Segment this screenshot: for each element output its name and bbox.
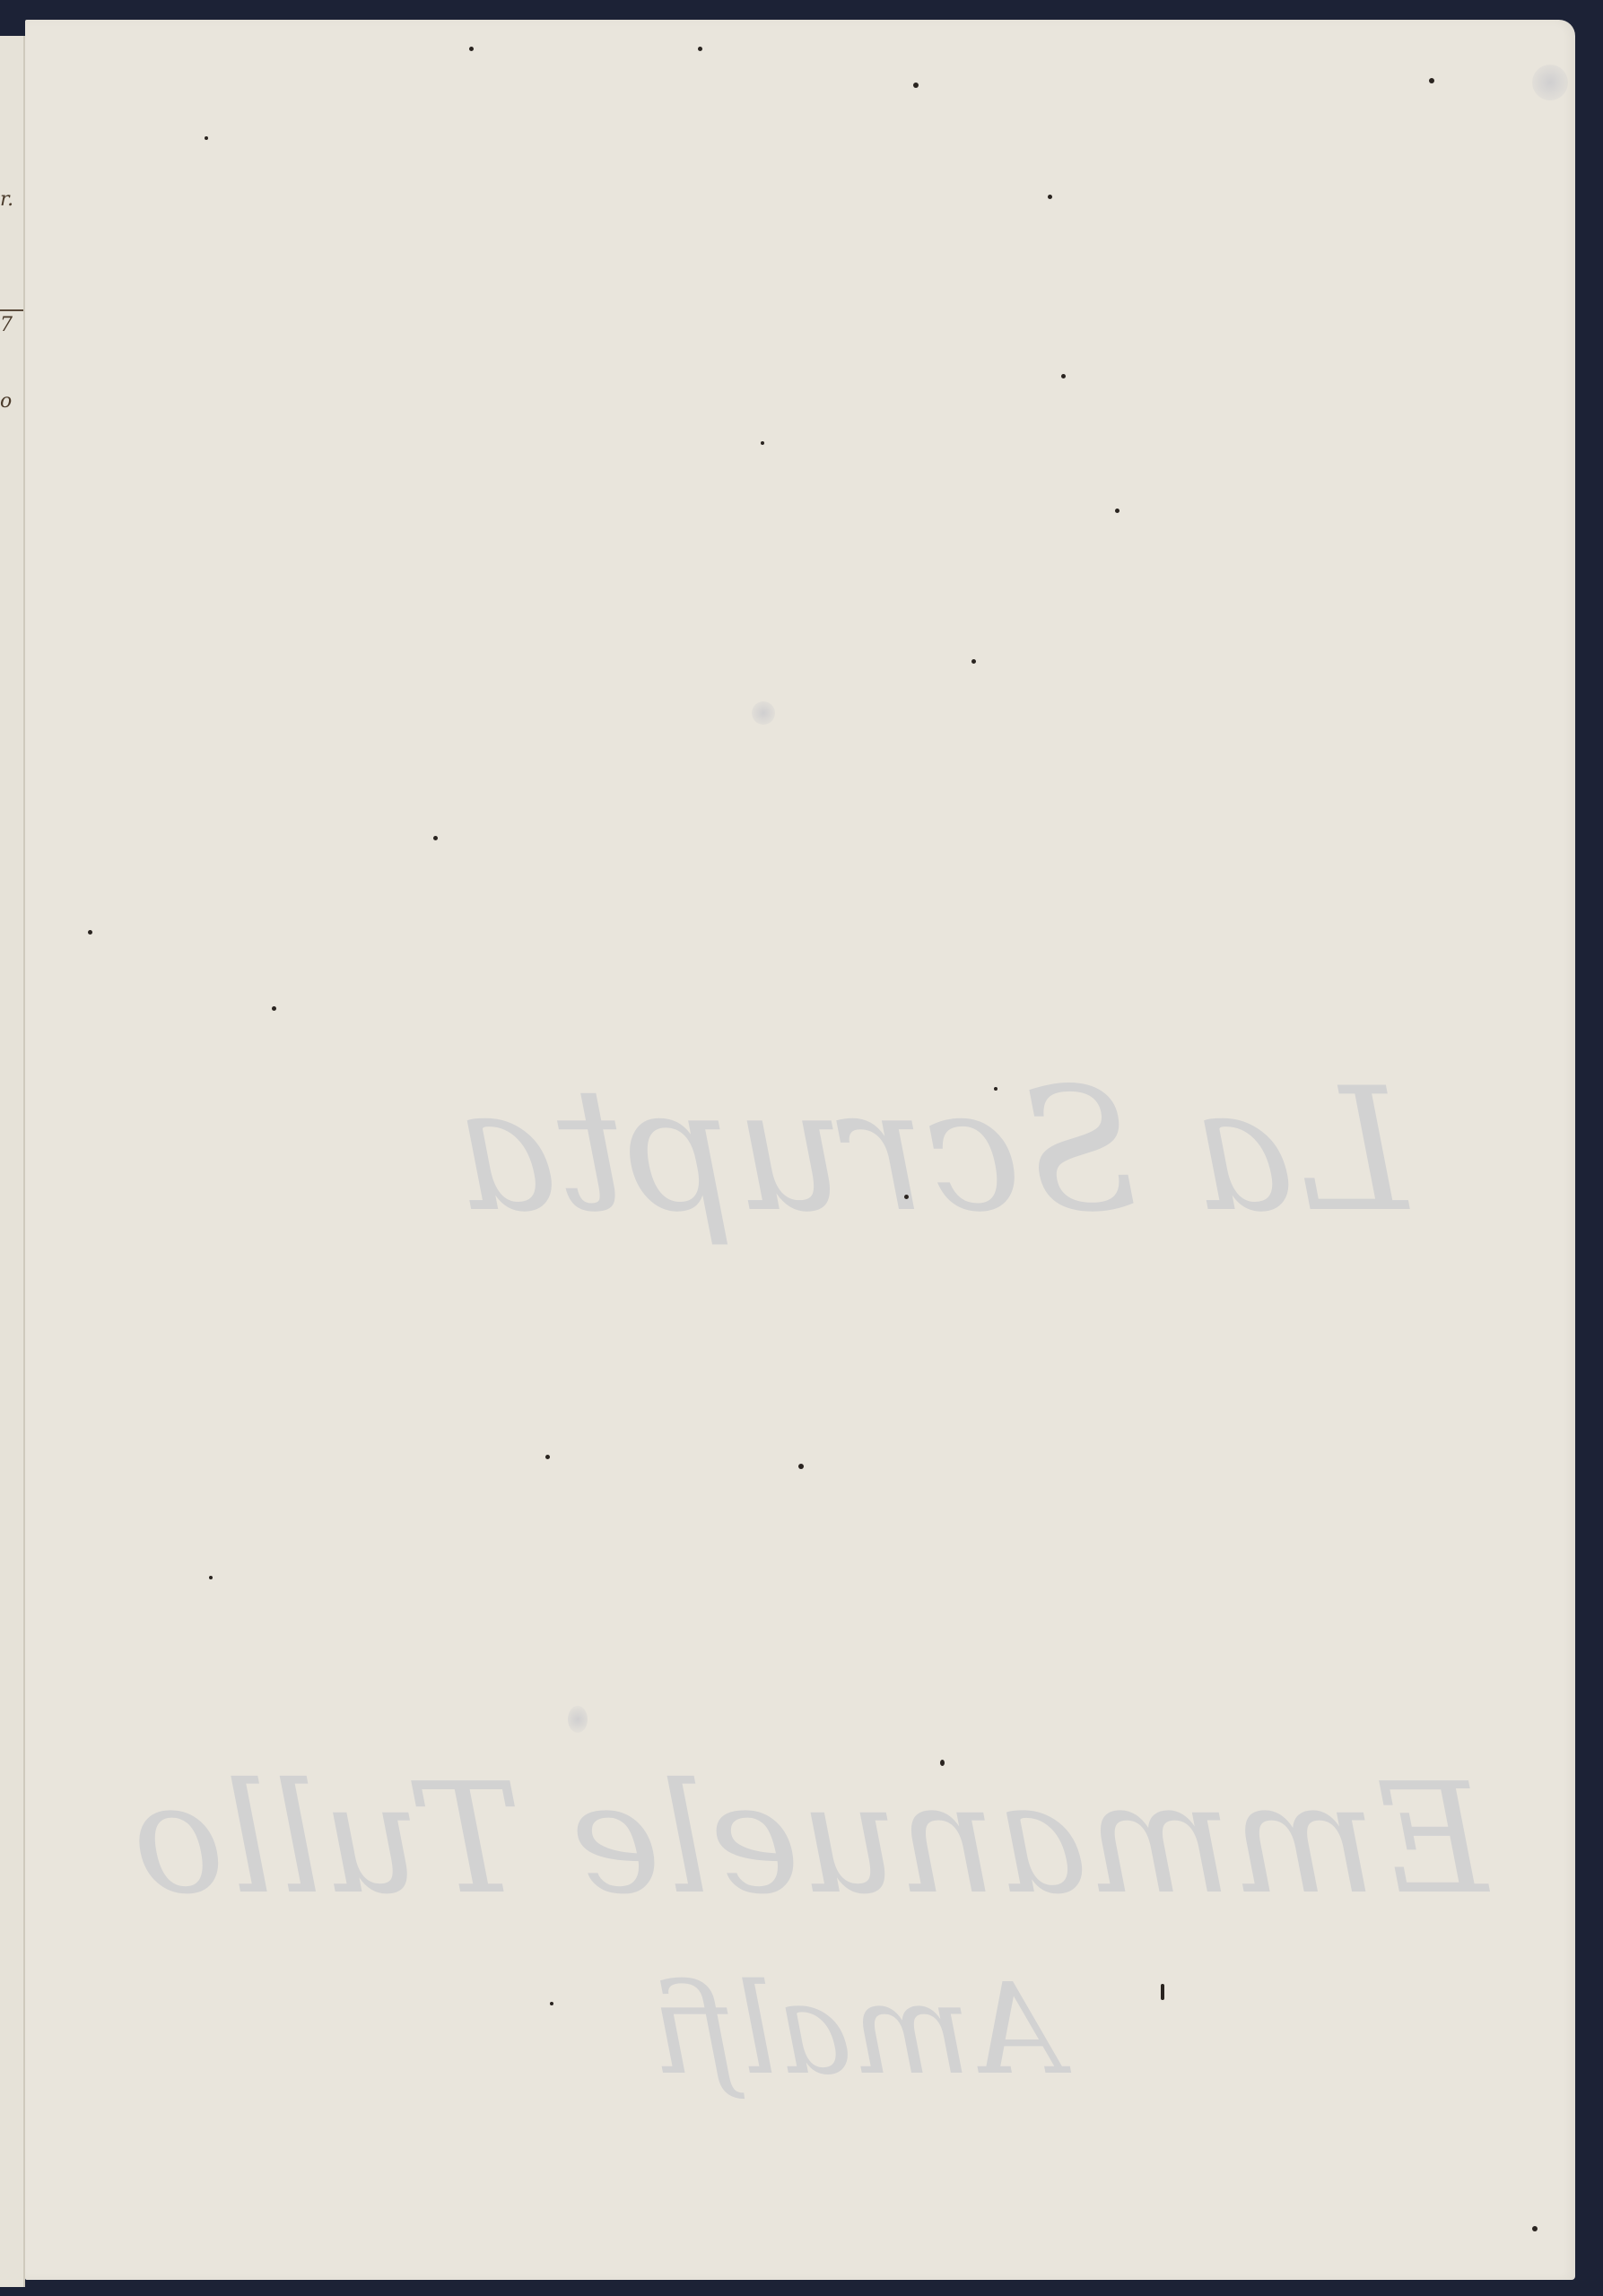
- paper-speck: [971, 659, 976, 664]
- paper-speck: [1532, 2226, 1538, 2231]
- smudge: [1532, 65, 1568, 100]
- paper-speck: [205, 136, 208, 140]
- paper-speck: [761, 441, 764, 445]
- paper-speck: [1161, 1984, 1164, 2000]
- paper-speck: [545, 1455, 550, 1459]
- paper-speck: [1048, 195, 1052, 199]
- paper-speck: [1061, 374, 1066, 378]
- paper-speck: [994, 1087, 998, 1091]
- paper-speck: [698, 47, 702, 51]
- paper-speck: [904, 1195, 909, 1199]
- bleed-through-line: Amalfi: [653, 1957, 1061, 2103]
- paper-speck: [1115, 509, 1119, 513]
- paper-speck: [433, 836, 438, 840]
- adjacent-page-text-fragment: o: [0, 390, 12, 413]
- paper-speck: [1429, 78, 1434, 83]
- adjacent-page-text-fragment: 7: [0, 314, 13, 336]
- adjacent-page-rule: [0, 309, 23, 311]
- smudge: [752, 701, 775, 725]
- bleed-through-title: La Scrupta: [456, 1051, 1407, 1249]
- bleed-through-line: Emmanuele Tullo: [133, 1751, 1487, 1928]
- adjacent-page-text-fragment: r.: [0, 188, 13, 211]
- paper-speck: [88, 930, 92, 935]
- paper-speck: [272, 1006, 276, 1011]
- smudge: [568, 1706, 588, 1733]
- paper-speck: [209, 1576, 213, 1579]
- manuscript-page: La Scrupta Emmanuele Tullo Amalfi: [25, 20, 1575, 2280]
- paper-speck: [550, 2002, 553, 2005]
- paper-speck: [913, 83, 919, 88]
- paper-speck: [798, 1464, 804, 1469]
- paper-speck: [469, 47, 474, 51]
- adjacent-page-edge: r. 7 o: [0, 36, 25, 2287]
- paper-speck: [940, 1760, 945, 1766]
